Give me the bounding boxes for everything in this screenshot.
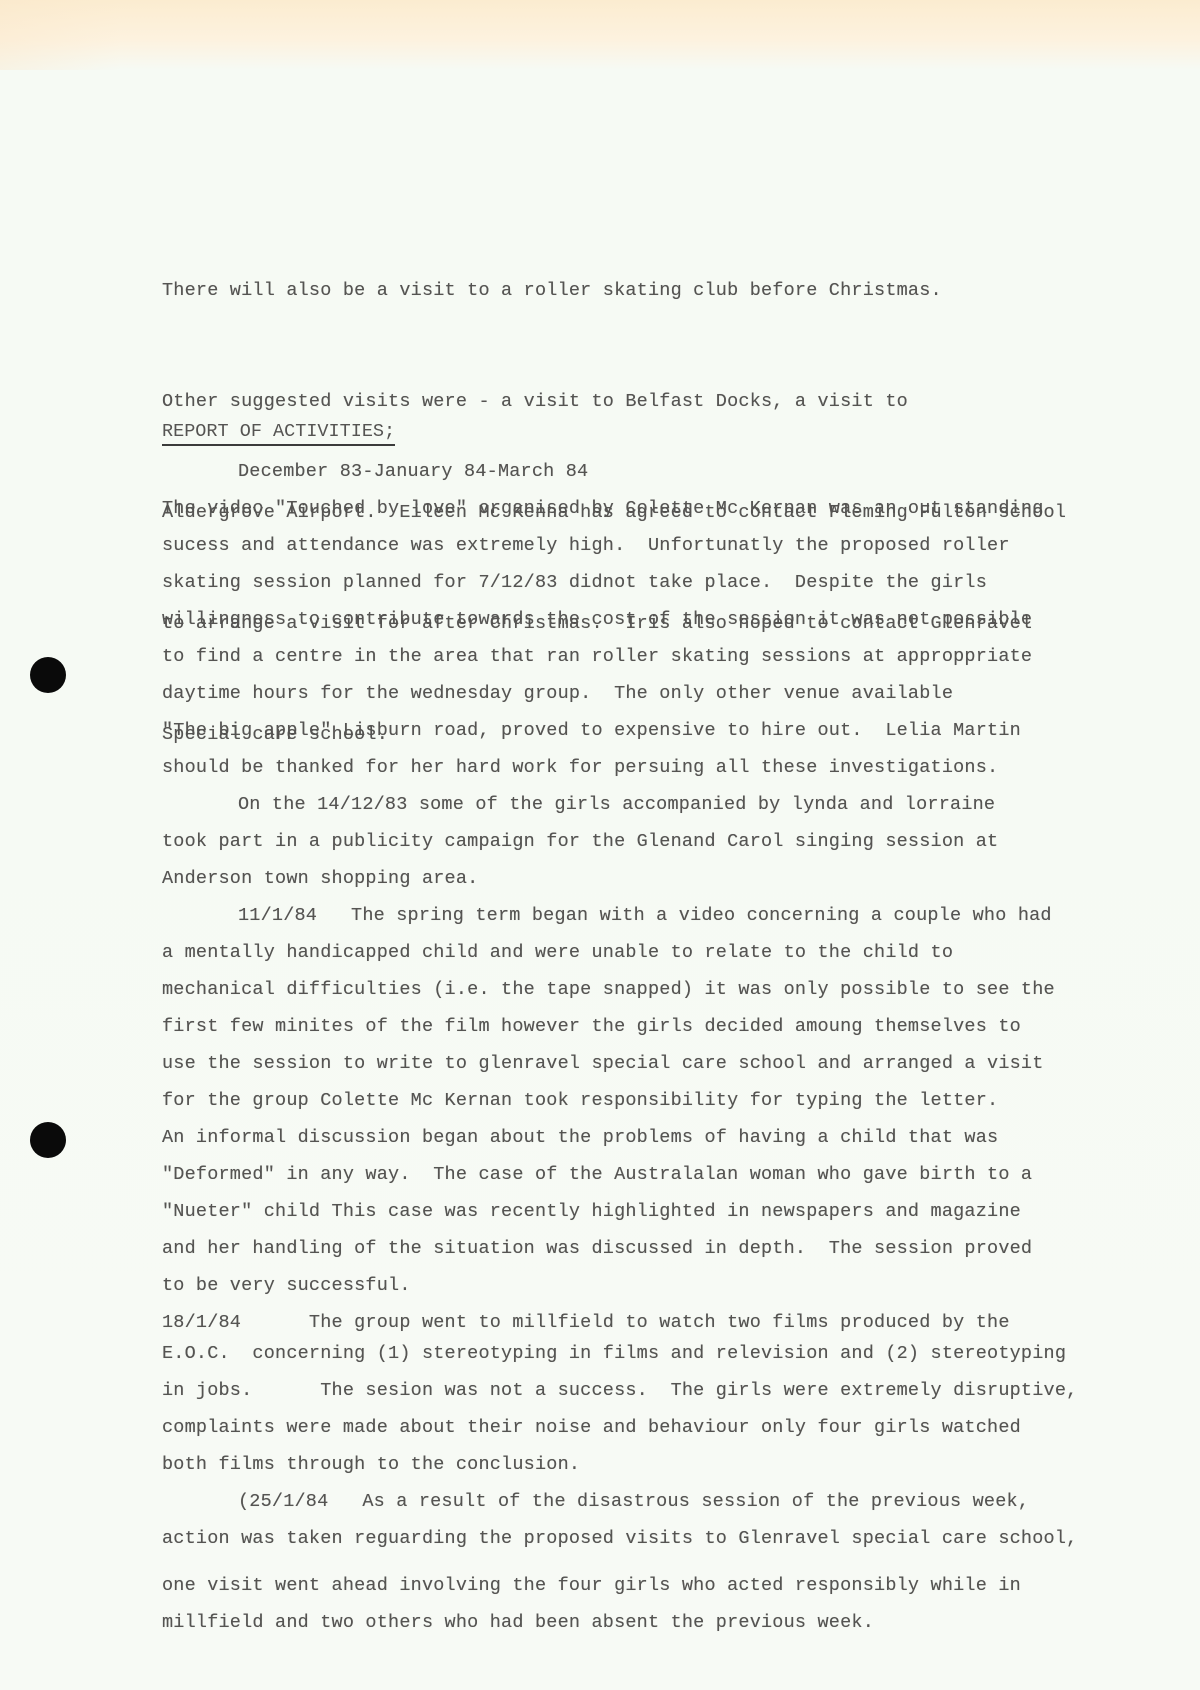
- text-line: willingness to contribute towards the co…: [162, 601, 1172, 638]
- punch-hole: [30, 657, 66, 693]
- text-line: "Deformed" in any way. The case of the A…: [162, 1156, 1172, 1193]
- text-line: to be very successful.: [162, 1267, 1172, 1304]
- text-line: sucess and attendance was extremely high…: [162, 527, 1172, 564]
- paper-edge-tint: [0, 0, 1200, 70]
- text-line: both films through to the conclusion.: [162, 1446, 1172, 1483]
- text-line: skating session planned for 7/12/83 didn…: [162, 564, 1172, 601]
- report-body: December 83-January 84-March 84The video…: [162, 453, 1172, 1641]
- text-line: use the session to write to glenravel sp…: [162, 1045, 1172, 1082]
- text-line: and her handling of the situation was di…: [162, 1230, 1172, 1267]
- text-line: first few minites of the film however th…: [162, 1008, 1172, 1045]
- text-line: An informal discussion began about the p…: [162, 1119, 1172, 1156]
- text-line: On the 14/12/83 some of the girls accomp…: [162, 786, 1172, 823]
- text-line: E.O.C. concerning (1) stereotyping in fi…: [162, 1335, 1172, 1372]
- section-heading: REPORT OF ACTIVITIES;: [162, 420, 395, 446]
- text-line: mechanical difficulties (i.e. the tape s…: [162, 971, 1172, 1008]
- text-line: The video "Touched by love" organised by…: [162, 490, 1172, 527]
- text-line: millfield and two others who had been ab…: [162, 1604, 1172, 1641]
- text-line: "Nueter" child This case was recently hi…: [162, 1193, 1172, 1230]
- text-line: in jobs. The sesion was not a success. T…: [162, 1372, 1172, 1409]
- text-line: to find a centre in the area that ran ro…: [162, 638, 1172, 675]
- text-line: a mentally handicapped child and were un…: [162, 934, 1172, 971]
- text-line: should be thanked for her hard work for …: [162, 749, 1172, 786]
- text-line: "The big apple" Lisburn road, proved to …: [162, 712, 1172, 749]
- text-line: took part in a publicity campaign for th…: [162, 823, 1172, 860]
- text-line: daytime hours for the wednesday group. T…: [162, 675, 1172, 712]
- text-line: for the group Colette Mc Kernan took res…: [162, 1082, 1172, 1119]
- punch-hole: [30, 1122, 66, 1158]
- text-line: action was taken reguarding the proposed…: [162, 1520, 1172, 1557]
- text-line: one visit went ahead involving the four …: [162, 1567, 1172, 1604]
- text-line: (25/1/84 As a result of the disastrous s…: [162, 1483, 1172, 1520]
- text-line: 11/1/84 The spring term began with a vid…: [162, 897, 1172, 934]
- text-line: Anderson town shopping area.: [162, 860, 1172, 897]
- text-line: Other suggested visits were - a visit to…: [162, 383, 1172, 420]
- text-line: December 83-January 84-March 84: [162, 453, 1172, 490]
- text-line: There will also be a visit to a roller s…: [162, 272, 1172, 309]
- text-line: complaints were made about their noise a…: [162, 1409, 1172, 1446]
